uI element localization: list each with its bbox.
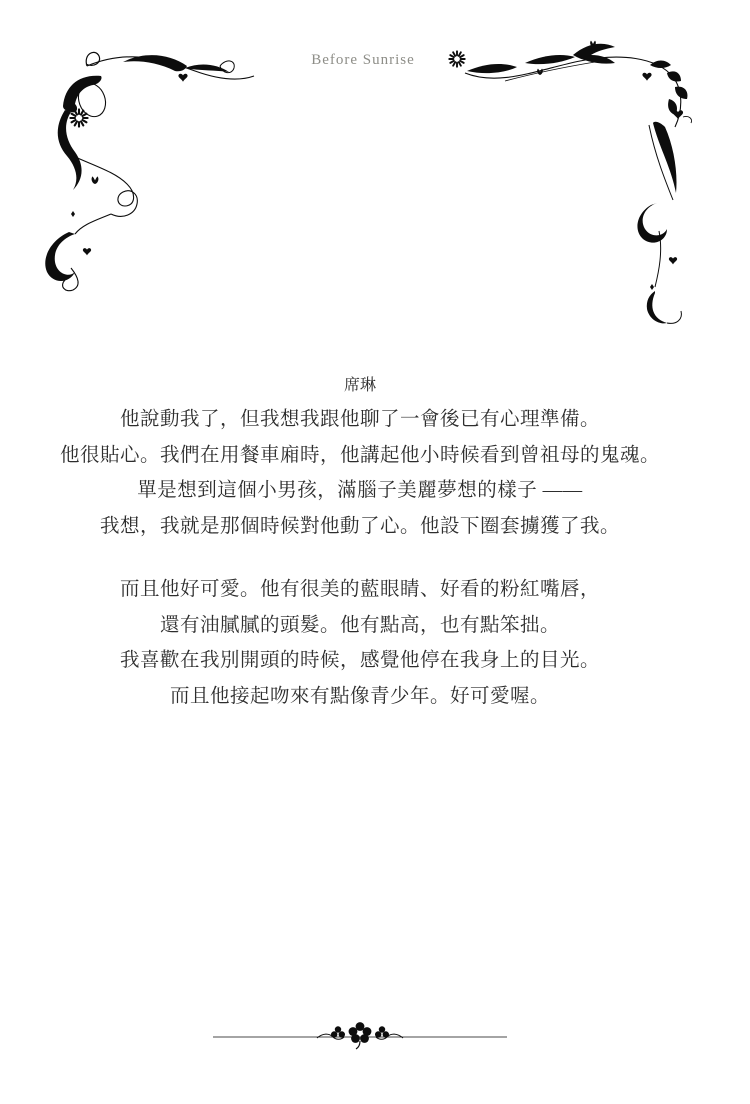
- text-line: 單是想到這個小男孩，滿腦子美麗夢想的樣子 ——: [0, 473, 720, 509]
- text-line: 而且他好可愛。他有很美的藍眼睛、好看的粉紅嘴唇，: [0, 572, 720, 608]
- text-line: 他說動我了，但我想我跟他聊了一會後已有心理準備。: [0, 402, 720, 438]
- text-line: 我喜歡在我別開頭的時候，感覺他停在我身上的目光。: [0, 643, 720, 679]
- text-line: 我想，我就是那個時候對他動了心。他設下圈套擄獲了我。: [0, 509, 720, 545]
- book-page: Before Sunrise 席琳 他說動我了，但我想我跟他聊了一會後已有心理準…: [0, 0, 750, 1104]
- paragraph-1: 他說動我了，但我想我跟他聊了一會後已有心理準備。 他很貼心。我們在用餐車廂時，他…: [0, 402, 720, 544]
- text-line: 還有油膩膩的頭髮。他有點高，也有點笨拙。: [0, 608, 720, 644]
- corner-flourish-top-right-icon: [445, 35, 700, 335]
- center-flower: [349, 1022, 372, 1049]
- text-line: 而且他接起吻來有點像青少年。好可愛喔。: [0, 679, 720, 715]
- corner-flourish-top-left-icon: [35, 38, 255, 293]
- side-clover-right: [375, 1026, 389, 1037]
- page-title: Before Sunrise: [3, 52, 723, 69]
- paragraph-2: 而且他好可愛。他有很美的藍眼睛、好看的粉紅嘴唇， 還有油膩膩的頭髮。他有點高，也…: [0, 572, 720, 714]
- text-block: 席琳 他說動我了，但我想我跟他聊了一會後已有心理準備。 他很貼心。我們在用餐車廂…: [0, 376, 720, 714]
- floral-divider-icon: [205, 1019, 515, 1057]
- side-clover-left: [331, 1026, 345, 1037]
- speaker-name: 席琳: [0, 376, 720, 396]
- text-line: 他很貼心。我們在用餐車廂時，他講起他小時候看到曾祖母的鬼魂。: [0, 438, 720, 474]
